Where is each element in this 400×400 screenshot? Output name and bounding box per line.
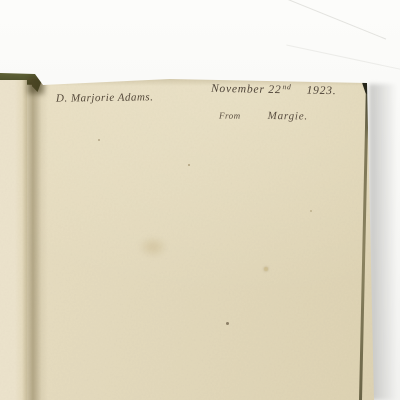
- foxing-speck: [264, 267, 268, 271]
- inscription-date-prefix: November 22: [211, 83, 282, 96]
- foxing-speck: [98, 139, 100, 141]
- paper-texture-overlay: [0, 0, 400, 400]
- book-edge-shadow: [369, 84, 397, 400]
- inscription-from-label: From: [219, 111, 241, 121]
- page-top-edge-shading: [0, 70, 400, 86]
- gutter-top-shadow: [28, 76, 44, 94]
- photo: D. Marjorie Adams. November 22nd1923. Fr…: [0, 0, 400, 400]
- inscription-owner-name: D. Marjorie Adams.: [56, 91, 154, 104]
- backdrop-crease: [286, 44, 400, 72]
- inscription-date: November 22nd1923.: [211, 83, 337, 97]
- open-book: D. Marjorie Adams. November 22nd1923. Fr…: [0, 0, 400, 400]
- inscription-date-ordinal: nd: [282, 82, 291, 91]
- backdrop-crease: [284, 0, 386, 40]
- inscription-date-year: 1923.: [306, 85, 336, 98]
- foxing-speck: [310, 210, 312, 212]
- foxing-speck: [188, 164, 190, 166]
- inscription-from: FromMargie.: [219, 106, 308, 125]
- foxing-speck: [226, 322, 229, 325]
- page-fore-edge-line: [358, 82, 368, 400]
- inscription-from-name: Margie.: [268, 110, 308, 122]
- paper-stain: [138, 236, 168, 258]
- gutter-fold-shadow: [22, 78, 48, 400]
